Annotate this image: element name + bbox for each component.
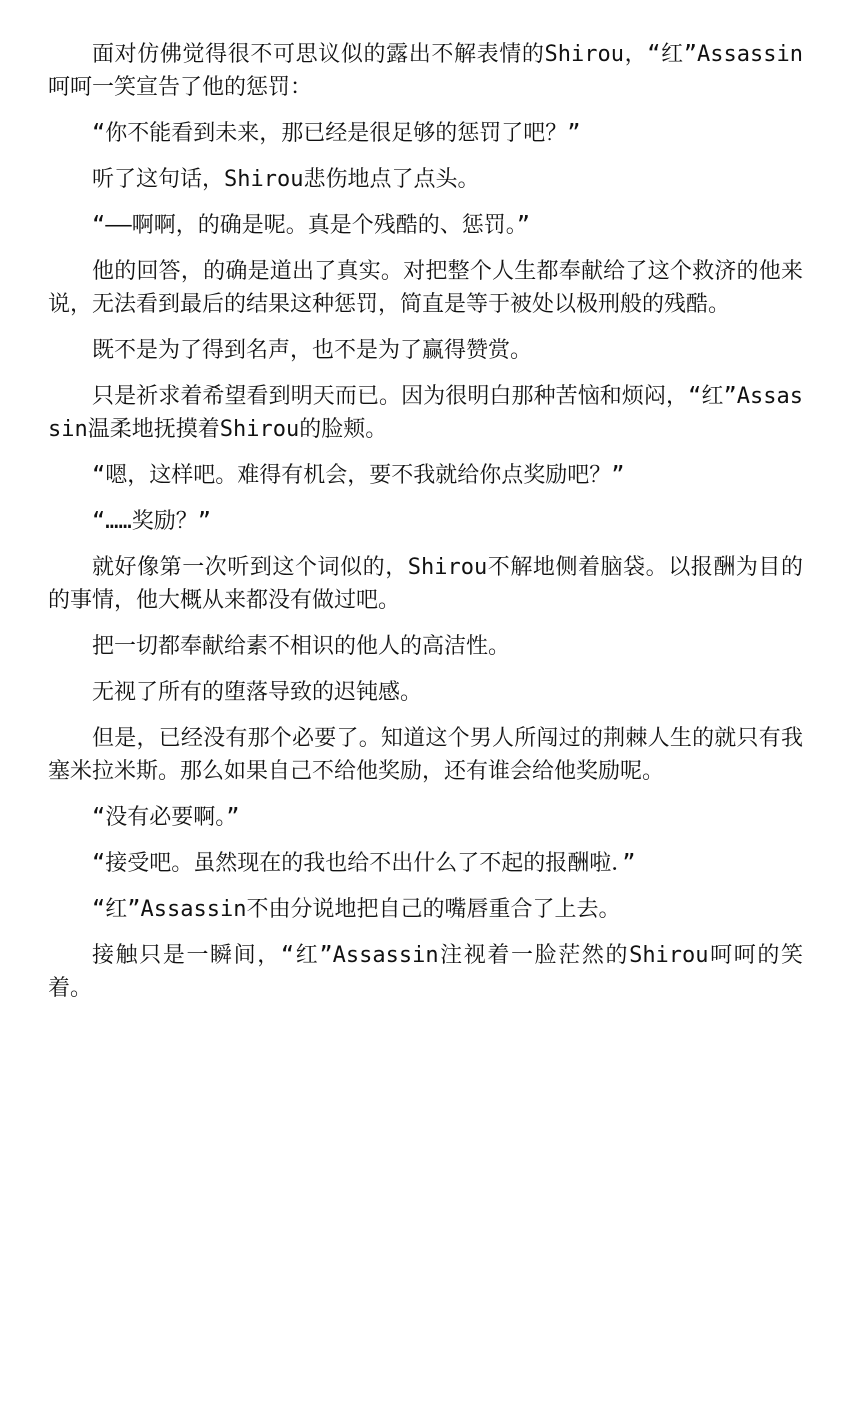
- paragraph: “红”Assassin不由分说地把自己的嘴唇重合了上去。: [48, 893, 803, 926]
- paragraph: “你不能看到未来，那已经是很足够的惩罚了吧？”: [48, 117, 803, 150]
- paragraph: “没有必要啊。”: [48, 801, 803, 834]
- paragraph: “接受吧。虽然现在的我也给不出什么了不起的报酬啦．”: [48, 847, 803, 880]
- document-page: 面对仿佛觉得很不可思议似的露出不解表情的Shirou，“红”Assassin呵呵…: [0, 0, 851, 1401]
- paragraph: 他的回答，的确是道出了真实。对把整个人生都奉献给了这个救济的他来说，无法看到最后…: [48, 255, 803, 321]
- paragraph: “——啊啊，的确是呢。真是个残酷的、惩罚。”: [48, 209, 803, 242]
- paragraph: 听了这句话，Shirou悲伤地点了点头。: [48, 163, 803, 196]
- document-text-body: 面对仿佛觉得很不可思议似的露出不解表情的Shirou，“红”Assassin呵呵…: [0, 0, 851, 1005]
- paragraph: 面对仿佛觉得很不可思议似的露出不解表情的Shirou，“红”Assassin呵呵…: [48, 38, 803, 104]
- paragraph: “嗯，这样吧。难得有机会，要不我就给你点奖励吧？”: [48, 459, 803, 492]
- paragraph: 只是祈求着希望看到明天而已。因为很明白那种苦恼和烦闷，“红”Assassin温柔…: [48, 380, 803, 446]
- paragraph: 就好像第一次听到这个词似的，Shirou不解地侧着脑袋。以报酬为目的的事情，他大…: [48, 551, 803, 617]
- paragraph: 既不是为了得到名声，也不是为了赢得赞赏。: [48, 334, 803, 367]
- paragraph: 无视了所有的堕落导致的迟钝感。: [48, 676, 803, 709]
- paragraph: “……奖励？”: [48, 505, 803, 538]
- paragraph: 接触只是一瞬间，“红”Assassin注视着一脸茫然的Shirou呵呵的笑着。: [48, 939, 803, 1005]
- paragraph: 把一切都奉献给素不相识的他人的高洁性。: [48, 630, 803, 663]
- paragraph: 但是，已经没有那个必要了。知道这个男人所闯过的荆棘人生的就只有我塞米拉米斯。那么…: [48, 722, 803, 788]
